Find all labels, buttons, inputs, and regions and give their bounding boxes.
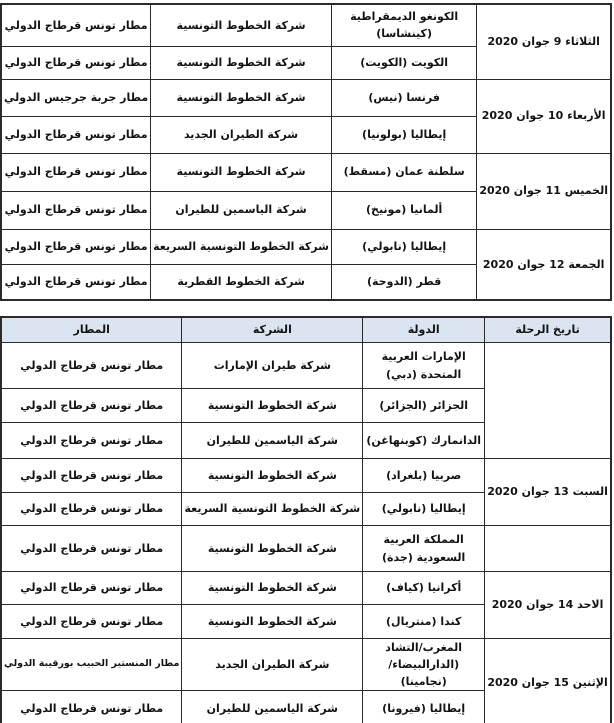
table-row: الثلاثاء 9 جوان 2020 الكونغو الديمقراطية… bbox=[1, 4, 611, 46]
country-cell: الكونغو الديمقراطية (كينشاسا) bbox=[331, 4, 476, 46]
country-cell: كندا (منتريال) bbox=[363, 605, 485, 639]
country-cell: فرنسا (نيس) bbox=[331, 79, 476, 116]
table-row: المملكة العربية السعودية (جدة) شركة الخط… bbox=[1, 526, 611, 572]
company-cell: شركة الخطوط التونسية bbox=[182, 459, 363, 493]
airport-cell: مطار جربة جرجيس الدولي bbox=[1, 79, 151, 116]
company-cell: شركة الخطوط القطرية bbox=[151, 264, 332, 300]
airport-cell: مطار تونس قرطاج الدولي bbox=[1, 572, 182, 605]
airport-cell: مطار تونس قرطاج الدولي bbox=[1, 264, 151, 300]
country-cell: قطر (الدوحة) bbox=[331, 264, 476, 300]
date-cell: الإثنين 15 جوان 2020 bbox=[485, 639, 611, 723]
airport-cell: مطار تونس قرطاج الدولي bbox=[1, 389, 182, 423]
airport-cell: مطار تونس قرطاج الدولي bbox=[1, 343, 182, 389]
company-cell: شركة الخطوط التونسية bbox=[151, 4, 332, 46]
airport-cell: مطار تونس قرطاج الدولي bbox=[1, 493, 182, 526]
country-cell: الإمارات العربية المتحدة (دبي) bbox=[363, 343, 485, 389]
table-row: الإثنين 15 جوان 2020 المغرب/التشاد (الدا… bbox=[1, 639, 611, 691]
country-cell: إيطاليا (بولونيا) bbox=[331, 116, 476, 153]
table-row: الاحد 14 جوان 2020 أكرانيا (كياف) شركة ا… bbox=[1, 572, 611, 605]
airport-cell: مطار المنستير الحبيب بورقيبة الدولي bbox=[1, 639, 182, 691]
date-cell: الثلاثاء 9 جوان 2020 bbox=[477, 4, 611, 79]
country-cell: صربيا (بلغراد) bbox=[363, 459, 485, 493]
country-cell: إيطاليا (فيرونا) bbox=[363, 691, 485, 723]
airport-cell: مطار تونس قرطاج الدولي bbox=[1, 691, 182, 723]
date-cell: الأربعاء 10 جوان 2020 bbox=[477, 79, 611, 153]
country-cell: المملكة العربية السعودية (جدة) bbox=[363, 526, 485, 572]
airport-cell: مطار تونس قرطاج الدولي bbox=[1, 423, 182, 459]
col-header-date: تاريخ الرحلة bbox=[485, 317, 611, 343]
company-cell: شركة الياسمين للطيران bbox=[182, 423, 363, 459]
date-cell-empty bbox=[485, 526, 611, 572]
airport-cell: مطار تونس قرطاج الدولي bbox=[1, 526, 182, 572]
col-header-company: الشركة bbox=[182, 317, 363, 343]
airport-cell: مطار تونس قرطاج الدولي bbox=[1, 4, 151, 46]
country-cell: الكويت (الكويت) bbox=[331, 46, 476, 79]
country-text: الكونغو الديمقراطية (كينشاسا) bbox=[345, 8, 463, 42]
country-cell: ألمانيا (مونيخ) bbox=[331, 191, 476, 229]
airport-cell: مطار تونس قرطاج الدولي bbox=[1, 46, 151, 79]
country-cell: أكرانيا (كياف) bbox=[363, 572, 485, 605]
company-cell: شركة الطيران الجديد bbox=[182, 639, 363, 691]
company-cell: شركة الخطوط التونسية bbox=[182, 572, 363, 605]
flights-table-june-13-15: تاريخ الرحلة الدولة الشركة المطار الإمار… bbox=[0, 316, 612, 723]
date-cell: الجمعة 12 جوان 2020 bbox=[477, 229, 611, 300]
airport-cell: مطار تونس قرطاج الدولي bbox=[1, 229, 151, 264]
company-cell: شركة الطيران الجديد bbox=[151, 116, 332, 153]
document-page: الثلاثاء 9 جوان 2020 الكونغو الديمقراطية… bbox=[0, 0, 614, 723]
table-row: الجمعة 12 جوان 2020 إيطاليا (نابولي) شرك… bbox=[1, 229, 611, 264]
country-cell: سلطنة عمان (مسقط) bbox=[331, 153, 476, 191]
company-cell: شركة الياسمين للطيران bbox=[182, 691, 363, 723]
table-row: السبت 13 جوان 2020 صربيا (بلغراد) شركة ا… bbox=[1, 459, 611, 493]
country-cell: المغرب/التشاد (الدارالبيضاء/ (نجامينا) bbox=[363, 639, 485, 691]
table-row: الأربعاء 10 جوان 2020 فرنسا (نيس) شركة ا… bbox=[1, 79, 611, 116]
company-cell: شركة طيران الإمارات bbox=[182, 343, 363, 389]
company-cell: شركة الخطوط التونسية bbox=[182, 389, 363, 423]
header-row: تاريخ الرحلة الدولة الشركة المطار bbox=[1, 317, 611, 343]
date-cell-empty bbox=[485, 343, 611, 459]
date-cell: الاحد 14 جوان 2020 bbox=[485, 572, 611, 639]
country-text: الإمارات العربية المتحدة (دبي) bbox=[365, 348, 482, 382]
date-cell: السبت 13 جوان 2020 bbox=[485, 459, 611, 526]
flights-table-june-9-12: الثلاثاء 9 جوان 2020 الكونغو الديمقراطية… bbox=[0, 3, 612, 301]
country-cell: الجزائر (الجزائر) bbox=[363, 389, 485, 423]
company-cell: شركة الياسمين للطيران bbox=[151, 191, 332, 229]
company-cell: شركة الخطوط التونسية السريعة bbox=[182, 493, 363, 526]
company-cell: شركة الخطوط التونسية bbox=[151, 46, 332, 79]
airport-cell: مطار تونس قرطاج الدولي bbox=[1, 459, 182, 493]
table-row: الخميس 11 جوان 2020 سلطنة عمان (مسقط) شر… bbox=[1, 153, 611, 191]
col-header-airport: المطار bbox=[1, 317, 182, 343]
table-row: الإمارات العربية المتحدة (دبي) شركة طيرا… bbox=[1, 343, 611, 389]
country-cell: إيطاليا (نابولي) bbox=[363, 493, 485, 526]
country-text: المغرب/التشاد (الدارالبيضاء/ (نجامينا) bbox=[365, 639, 482, 690]
country-cell: الدانمارك (كوبنهاغن) bbox=[363, 423, 485, 459]
airport-cell: مطار تونس قرطاج الدولي bbox=[1, 153, 151, 191]
company-cell: شركة الخطوط التونسية bbox=[151, 79, 332, 116]
airport-cell: مطار تونس قرطاج الدولي bbox=[1, 116, 151, 153]
airport-cell: مطار تونس قرطاج الدولي bbox=[1, 605, 182, 639]
company-cell: شركة الخطوط التونسية السريعة bbox=[151, 229, 332, 264]
company-cell: شركة الخطوط التونسية bbox=[151, 153, 332, 191]
company-cell: شركة الخطوط التونسية bbox=[182, 605, 363, 639]
country-text: المملكة العربية السعودية (جدة) bbox=[365, 531, 482, 565]
company-cell: شركة الخطوط التونسية bbox=[182, 526, 363, 572]
col-header-country: الدولة bbox=[363, 317, 485, 343]
date-cell: الخميس 11 جوان 2020 bbox=[477, 153, 611, 229]
airport-cell: مطار تونس قرطاج الدولي bbox=[1, 191, 151, 229]
country-cell: إيطاليا (نابولي) bbox=[331, 229, 476, 264]
